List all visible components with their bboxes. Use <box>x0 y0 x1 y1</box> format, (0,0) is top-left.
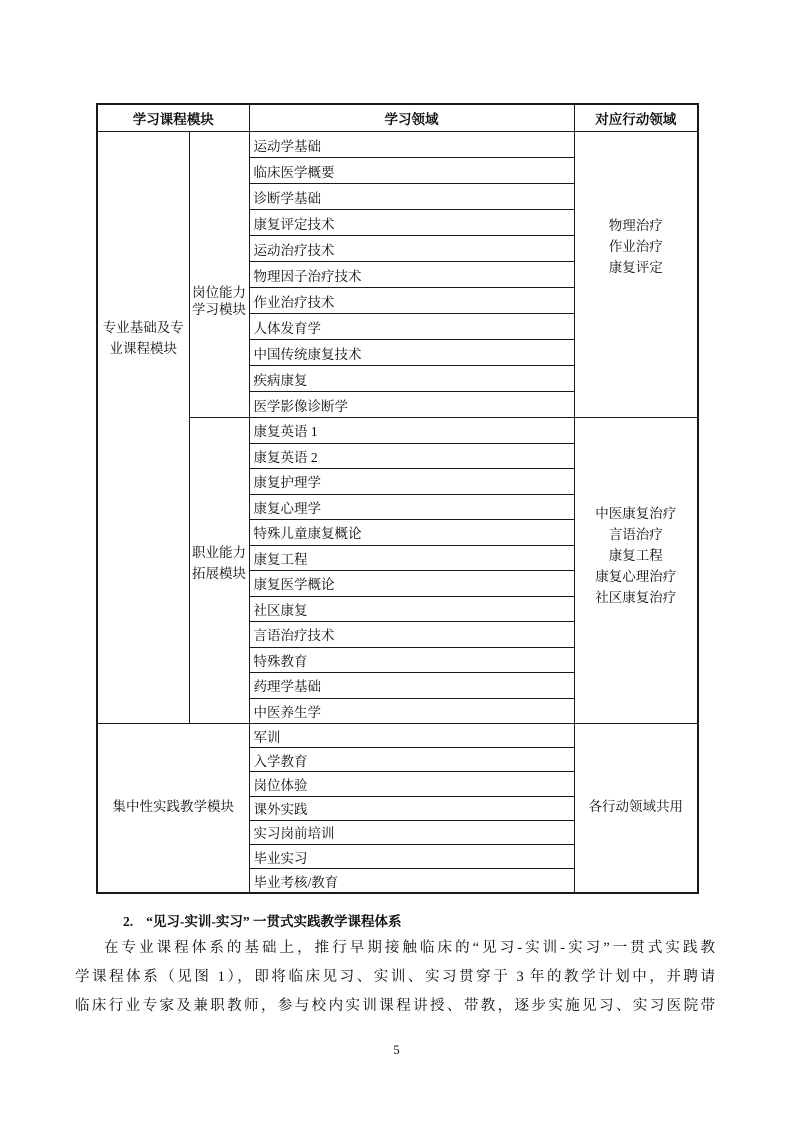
course-cell: 毕业实习 <box>249 844 574 868</box>
course-cell: 康复英语 2 <box>249 443 574 469</box>
section-heading-number: 2. <box>123 914 133 929</box>
course-cell: 军训 <box>249 724 574 748</box>
course-cell: 康复英语 1 <box>249 418 574 444</box>
course-cell: 毕业考核/教育 <box>249 869 574 894</box>
section-heading: 2.“见习-实训-实习” 一贯式实践教学课程体系 <box>75 911 715 933</box>
course-cell: 特殊教育 <box>249 647 574 673</box>
module-cell-practice: 集中性实践教学模块 <box>97 724 249 894</box>
action-domain-cell: 各行动领域共用 <box>574 724 698 894</box>
submodule-cell-vocational-ability: 职业能力拓展模块 <box>189 418 249 724</box>
course-cell: 社区康复 <box>249 596 574 622</box>
body-paragraph: 在专业课程体系的基础上，推行早期接触临床的“见习-实训-实习”一贯式实践教 学课… <box>75 934 715 1021</box>
header-action-domain: 对应行动领域 <box>574 104 698 132</box>
document-page: 学习课程模块 学习领域 对应行动领域 专业基础及专业课程模块 岗位能力学习模块 … <box>0 0 793 1122</box>
action-domain-cell: 中医康复治疗 言语治疗 康复工程 康复心理治疗 社区康复治疗 <box>574 418 698 724</box>
course-cell: 临床医学概要 <box>249 158 574 184</box>
submodule-cell-post-ability: 岗位能力学习模块 <box>189 132 249 418</box>
course-cell: 作业治疗技术 <box>249 288 574 314</box>
course-cell: 康复心理学 <box>249 494 574 520</box>
course-cell: 医学影像诊断学 <box>249 392 574 418</box>
paragraph-line: 学课程体系（见图 1），即将临床见习、实训、实习贯穿于 3 年的教学计划中，并聘… <box>75 963 715 992</box>
course-cell: 物理因子治疗技术 <box>249 262 574 288</box>
course-cell: 实习岗前培训 <box>249 820 574 844</box>
paragraph-line: 临床行业专家及兼职教师，参与校内实训课程讲授、带教，逐步实施见习、实习医院带 <box>75 992 715 1021</box>
course-cell: 康复工程 <box>249 545 574 571</box>
section-heading-text: “见习-实训-实习” 一贯式实践教学课程体系 <box>146 914 401 929</box>
course-cell: 诊断学基础 <box>249 184 574 210</box>
action-domain-cell: 物理治疗 作业治疗 康复评定 <box>574 132 698 418</box>
course-cell: 课外实践 <box>249 796 574 820</box>
header-learning-area: 学习领域 <box>249 104 574 132</box>
course-cell: 入学教育 <box>249 748 574 772</box>
curriculum-table: 学习课程模块 学习领域 对应行动领域 专业基础及专业课程模块 岗位能力学习模块 … <box>96 103 699 894</box>
table-row: 专业基础及专业课程模块 岗位能力学习模块 运动学基础 物理治疗 作业治疗 康复评… <box>97 132 698 158</box>
course-cell: 中医养生学 <box>249 698 574 724</box>
table-row: 集中性实践教学模块 军训 各行动领域共用 <box>97 724 698 748</box>
page-number: 5 <box>0 1043 793 1058</box>
course-cell: 疾病康复 <box>249 366 574 392</box>
course-cell: 运动学基础 <box>249 132 574 158</box>
course-cell: 言语治疗技术 <box>249 622 574 648</box>
course-cell: 岗位体验 <box>249 772 574 796</box>
header-module: 学习课程模块 <box>97 104 249 132</box>
course-cell: 特殊儿童康复概论 <box>249 520 574 546</box>
course-cell: 康复护理学 <box>249 469 574 495</box>
course-cell: 药理学基础 <box>249 673 574 699</box>
course-cell: 人体发育学 <box>249 314 574 340</box>
paragraph-line: 在专业课程体系的基础上，推行早期接触临床的“见习-实训-实习”一贯式实践教 <box>75 934 715 963</box>
course-cell: 中国传统康复技术 <box>249 340 574 366</box>
module-cell-professional: 专业基础及专业课程模块 <box>97 132 189 724</box>
course-cell: 康复医学概论 <box>249 571 574 597</box>
course-cell: 运动治疗技术 <box>249 236 574 262</box>
table-header-row: 学习课程模块 学习领域 对应行动领域 <box>97 104 698 132</box>
course-cell: 康复评定技术 <box>249 210 574 236</box>
